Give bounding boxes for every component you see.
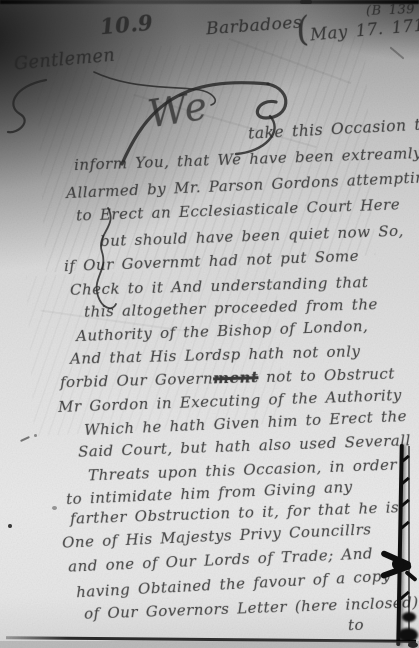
place-name: Barbadoes [205,13,302,40]
struck-line-post: not to Obstruct [258,365,395,387]
ink-speck [389,46,404,59]
binding-knot [404,570,417,582]
margin-bracket-flourish [2,76,50,140]
catchword: to [348,616,365,635]
initial-word: We [145,84,211,137]
binding-knot [392,558,404,570]
ink-speck [20,436,30,442]
page-top-edge [0,0,419,4]
struck-word: ment [213,368,259,387]
ink-speck [34,434,37,437]
below-page-area [0,641,419,648]
folio-mark: (B 139 [366,2,416,19]
binding-blot [402,612,416,622]
ink-speck [52,506,57,510]
ink-speck [300,0,312,4]
docket-number: 10.9 [99,10,154,40]
manuscript-page: 10.9 Barbadoes ( May 17. 1719 (B 139 Gen… [0,0,419,648]
ink-speck [8,524,12,528]
